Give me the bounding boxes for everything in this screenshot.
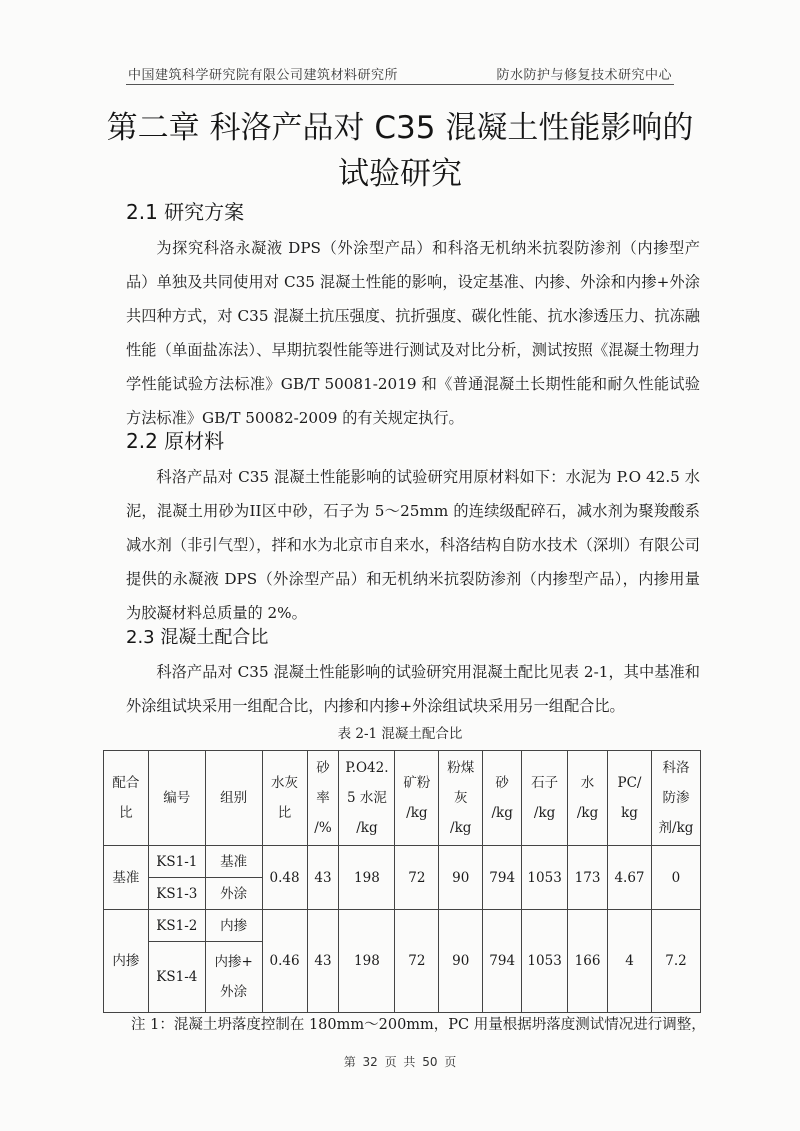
- header-slag: 矿粉/kg: [395, 751, 439, 846]
- cell-group: 基准: [205, 846, 262, 878]
- section-body-2-2: 科洛产品对 C35 混凝土性能影响的试验研究用原材料如下：水泥为 P.O 42.…: [126, 460, 700, 630]
- header-divider: [126, 84, 674, 85]
- header-sand: 砂/kg: [483, 751, 522, 846]
- cell-sand: 794: [483, 846, 522, 910]
- cell-stone: 1053: [522, 846, 568, 910]
- cell-slag: 72: [395, 910, 439, 1013]
- paragraph: 科洛产品对 C35 混凝土性能影响的试验研究用混凝土配比见表 2-1，其中基准和…: [126, 655, 700, 723]
- cell-water: 173: [568, 846, 608, 910]
- table-note: 注 1：混凝土坍落度控制在 180mm～200mm，PC 用量根据坍落度测试情况…: [131, 1013, 706, 1034]
- header-cement: P.O42.5 水泥/kg: [339, 751, 395, 846]
- header-pc: PC/kg: [608, 751, 652, 846]
- header-department: 防水防护与修复技术研究中心: [496, 64, 672, 83]
- section-body-2-3: 科洛产品对 C35 混凝土性能影响的试验研究用混凝土配比见表 2-1，其中基准和…: [126, 655, 700, 723]
- cell-group: 内掺: [205, 910, 262, 942]
- cell-pc: 4.67: [608, 846, 652, 910]
- header-group: 组别: [205, 751, 262, 846]
- cell-cement: 198: [339, 846, 395, 910]
- cell-id: KS1-2: [148, 910, 205, 942]
- cell-mix: 基准: [104, 846, 149, 910]
- cell-group: 内掺+ 外涂: [205, 942, 262, 1013]
- section-heading-2-3: 2.3 混凝土配合比: [126, 623, 268, 649]
- table-header-row: 配合比 编号 组别 水灰比 砂率/% P.O42.5 水泥/kg 矿粉/kg 粉…: [104, 751, 701, 846]
- cell-sand-ratio: 43: [307, 846, 339, 910]
- cell-id: KS1-1: [148, 846, 205, 878]
- cell-cement: 198: [339, 910, 395, 1013]
- cell-slag: 72: [395, 846, 439, 910]
- cell-sand-ratio: 43: [307, 910, 339, 1013]
- cell-mix: 内掺: [104, 910, 149, 1013]
- cell-water: 166: [568, 910, 608, 1013]
- page-number: 第 32 页 共 50 页: [0, 1053, 800, 1070]
- chapter-title: 第二章 科洛产品对 C35 混凝土性能影响的 试验研究: [100, 105, 700, 197]
- header-organization: 中国建筑科学研究院有限公司建筑材料研究所: [128, 64, 398, 83]
- cell-pc: 4: [608, 910, 652, 1013]
- cell-kele: 0: [651, 846, 700, 910]
- cell-kele: 7.2: [651, 910, 700, 1013]
- cell-id: KS1-4: [148, 942, 205, 1013]
- header-id: 编号: [148, 751, 205, 846]
- header-fly-ash: 粉煤灰/kg: [439, 751, 483, 846]
- mix-proportion-table: 配合比 编号 组别 水灰比 砂率/% P.O42.5 水泥/kg 矿粉/kg 粉…: [103, 750, 701, 1013]
- header-mix: 配合比: [104, 751, 149, 846]
- cell-fly-ash: 90: [439, 846, 483, 910]
- header-kele: 科洛防渗剂/kg: [651, 751, 700, 846]
- cell-wc-ratio: 0.46: [262, 910, 307, 1013]
- paragraph: 为探究科洛永凝液 DPS（外涂型产品）和科洛无机纳米抗裂防渗剂（内掺型产品）单独…: [126, 231, 700, 435]
- section-heading-2-1: 2.1 研究方案: [126, 196, 244, 225]
- table-row: 内掺 KS1-2 内掺 0.46 43 198 72 90 794 1053 1…: [104, 910, 701, 942]
- cell-sand: 794: [483, 910, 522, 1013]
- chapter-title-line2: 试验研究: [100, 151, 700, 197]
- chapter-title-line1: 第二章 科洛产品对 C35 混凝土性能影响的: [100, 105, 700, 151]
- cell-stone: 1053: [522, 910, 568, 1013]
- paragraph: 科洛产品对 C35 混凝土性能影响的试验研究用原材料如下：水泥为 P.O 42.…: [126, 460, 700, 630]
- header-wc-ratio: 水灰比: [262, 751, 307, 846]
- section-body-2-1: 为探究科洛永凝液 DPS（外涂型产品）和科洛无机纳米抗裂防渗剂（内掺型产品）单独…: [126, 231, 700, 435]
- header-stone: 石子/kg: [522, 751, 568, 846]
- cell-fly-ash: 90: [439, 910, 483, 1013]
- table-row: 基准 KS1-1 基准 0.48 43 198 72 90 794 1053 1…: [104, 846, 701, 878]
- section-heading-2-2: 2.2 原材料: [126, 425, 224, 454]
- header-sand-ratio: 砂率/%: [307, 751, 339, 846]
- cell-id: KS1-3: [148, 878, 205, 910]
- cell-group: 外涂: [205, 878, 262, 910]
- cell-wc-ratio: 0.48: [262, 846, 307, 910]
- header-water: 水/kg: [568, 751, 608, 846]
- table-caption: 表 2-1 混凝土配合比: [0, 722, 800, 742]
